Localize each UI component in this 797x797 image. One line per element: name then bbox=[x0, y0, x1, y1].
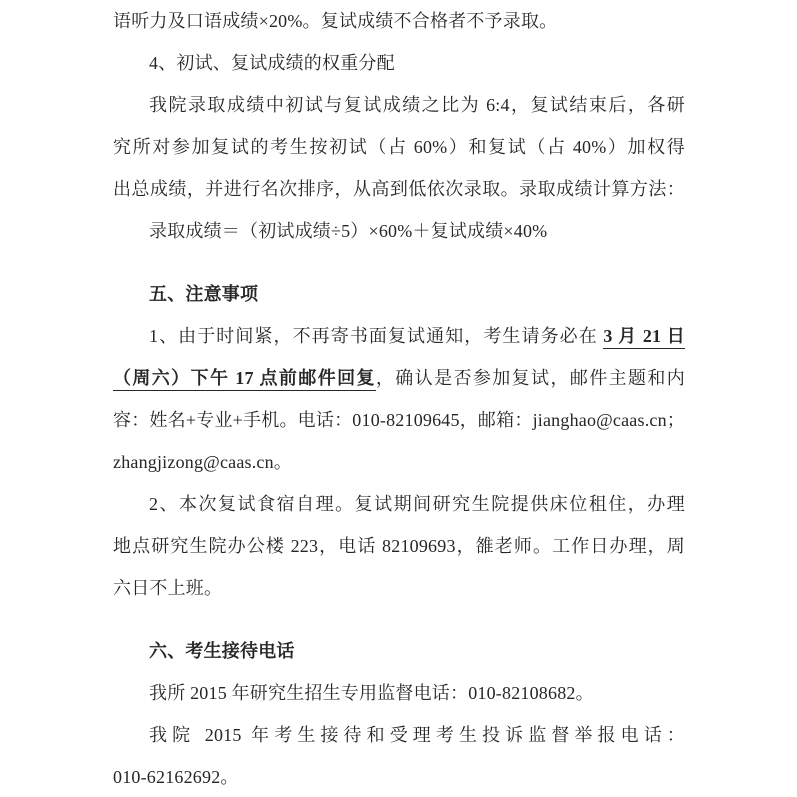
text-line: 2、本次复试食宿自理。复试期间研究生院提供床位租住，办理 bbox=[113, 483, 685, 525]
text-line: 我院 2015 年考生接待和受理考生投诉监督举报电话： bbox=[113, 714, 685, 756]
text-segment: 4、初试、复试成绩的权重分配 bbox=[149, 53, 395, 73]
subheading-4: 4、初试、复试成绩的权重分配 bbox=[113, 42, 685, 84]
text-segment: 我院录取成绩中初试与复试成绩之比为 6:4，复试结束后，各研 bbox=[149, 95, 685, 115]
text-segment: 录取成绩＝（初试成绩÷5）×60%＋复试成绩×40% bbox=[149, 221, 547, 241]
text-line: 六日不上班。 bbox=[113, 567, 685, 609]
text-line: 1、由于时间紧，不再寄书面复试通知，考生请务必在 3 月 21 日 bbox=[113, 315, 685, 357]
text-segment: zhangjizong@caas.cn。 bbox=[113, 452, 292, 472]
text-line: 地点研究生院办公楼 223，电话 82109693，雒老师。工作日办理，周 bbox=[113, 525, 685, 567]
emphasized-deadline-text: 3 月 21 日 bbox=[603, 326, 685, 349]
text-segment: 五、注意事项 bbox=[149, 284, 258, 304]
section-heading-6: 六、考生接待电话 bbox=[113, 630, 685, 672]
text-segment: 语听力及口语成绩×20%。复试成绩不合格者不予录取。 bbox=[113, 11, 557, 31]
document-page: 语听力及口语成绩×20%。复试成绩不合格者不予录取。4、初试、复试成绩的权重分配… bbox=[0, 0, 797, 797]
formula-line: 录取成绩＝（初试成绩÷5）×60%＋复试成绩×40% bbox=[113, 210, 685, 252]
emphasized-deadline-text: （周六）下午 17 点前邮件回复 bbox=[113, 368, 376, 391]
text-segment: 六、考生接待电话 bbox=[149, 641, 295, 661]
text-segment: 六日不上班。 bbox=[113, 578, 222, 598]
text-segment: ，确认是否参加复试，邮件主题和内 bbox=[376, 368, 685, 388]
text-segment: 我院 2015 年考生接待和受理考生投诉监督举报电话： bbox=[149, 725, 685, 745]
text-line: 出总成绩，并进行名次排序，从高到低依次录取。录取成绩计算方法： bbox=[113, 168, 685, 210]
text-line: 我所 2015 年研究生招生专用监督电话：010-82108682。 bbox=[113, 672, 685, 714]
text-segment: 究所对参加复试的考生按初试（占 60%）和复试（占 40%）加权得 bbox=[113, 137, 685, 157]
text-line: 究所对参加复试的考生按初试（占 60%）和复试（占 40%）加权得 bbox=[113, 126, 685, 168]
text-segment: 010-62162692。 bbox=[113, 767, 239, 787]
text-line: （周六）下午 17 点前邮件回复，确认是否参加复试，邮件主题和内 bbox=[113, 357, 685, 399]
text-segment: 我所 2015 年研究生招生专用监督电话：010-82108682。 bbox=[149, 683, 594, 703]
text-line: zhangjizong@caas.cn。 bbox=[113, 441, 685, 483]
line-paragraph-tail: 语听力及口语成绩×20%。复试成绩不合格者不予录取。 bbox=[113, 0, 685, 42]
text-line: 容：姓名+专业+手机。电话：010-82109645，邮箱：jianghao@c… bbox=[113, 399, 685, 441]
text-line: 010-62162692。 bbox=[113, 756, 685, 797]
text-segment: 1、由于时间紧，不再寄书面复试通知，考生请务必在 bbox=[149, 326, 603, 346]
section-heading-5: 五、注意事项 bbox=[113, 273, 685, 315]
text-segment: 地点研究生院办公楼 223，电话 82109693，雒老师。工作日办理，周 bbox=[113, 536, 685, 556]
text-line: 我院录取成绩中初试与复试成绩之比为 6:4，复试结束后，各研 bbox=[113, 84, 685, 126]
text-segment: 出总成绩，并进行名次排序，从高到低依次录取。录取成绩计算方法： bbox=[113, 179, 685, 199]
document-body: 语听力及口语成绩×20%。复试成绩不合格者不予录取。4、初试、复试成绩的权重分配… bbox=[113, 0, 685, 797]
text-segment: 2、本次复试食宿自理。复试期间研究生院提供床位租住，办理 bbox=[149, 494, 685, 514]
text-segment: 容：姓名+专业+手机。电话：010-82109645，邮箱：jianghao@c… bbox=[113, 410, 685, 430]
